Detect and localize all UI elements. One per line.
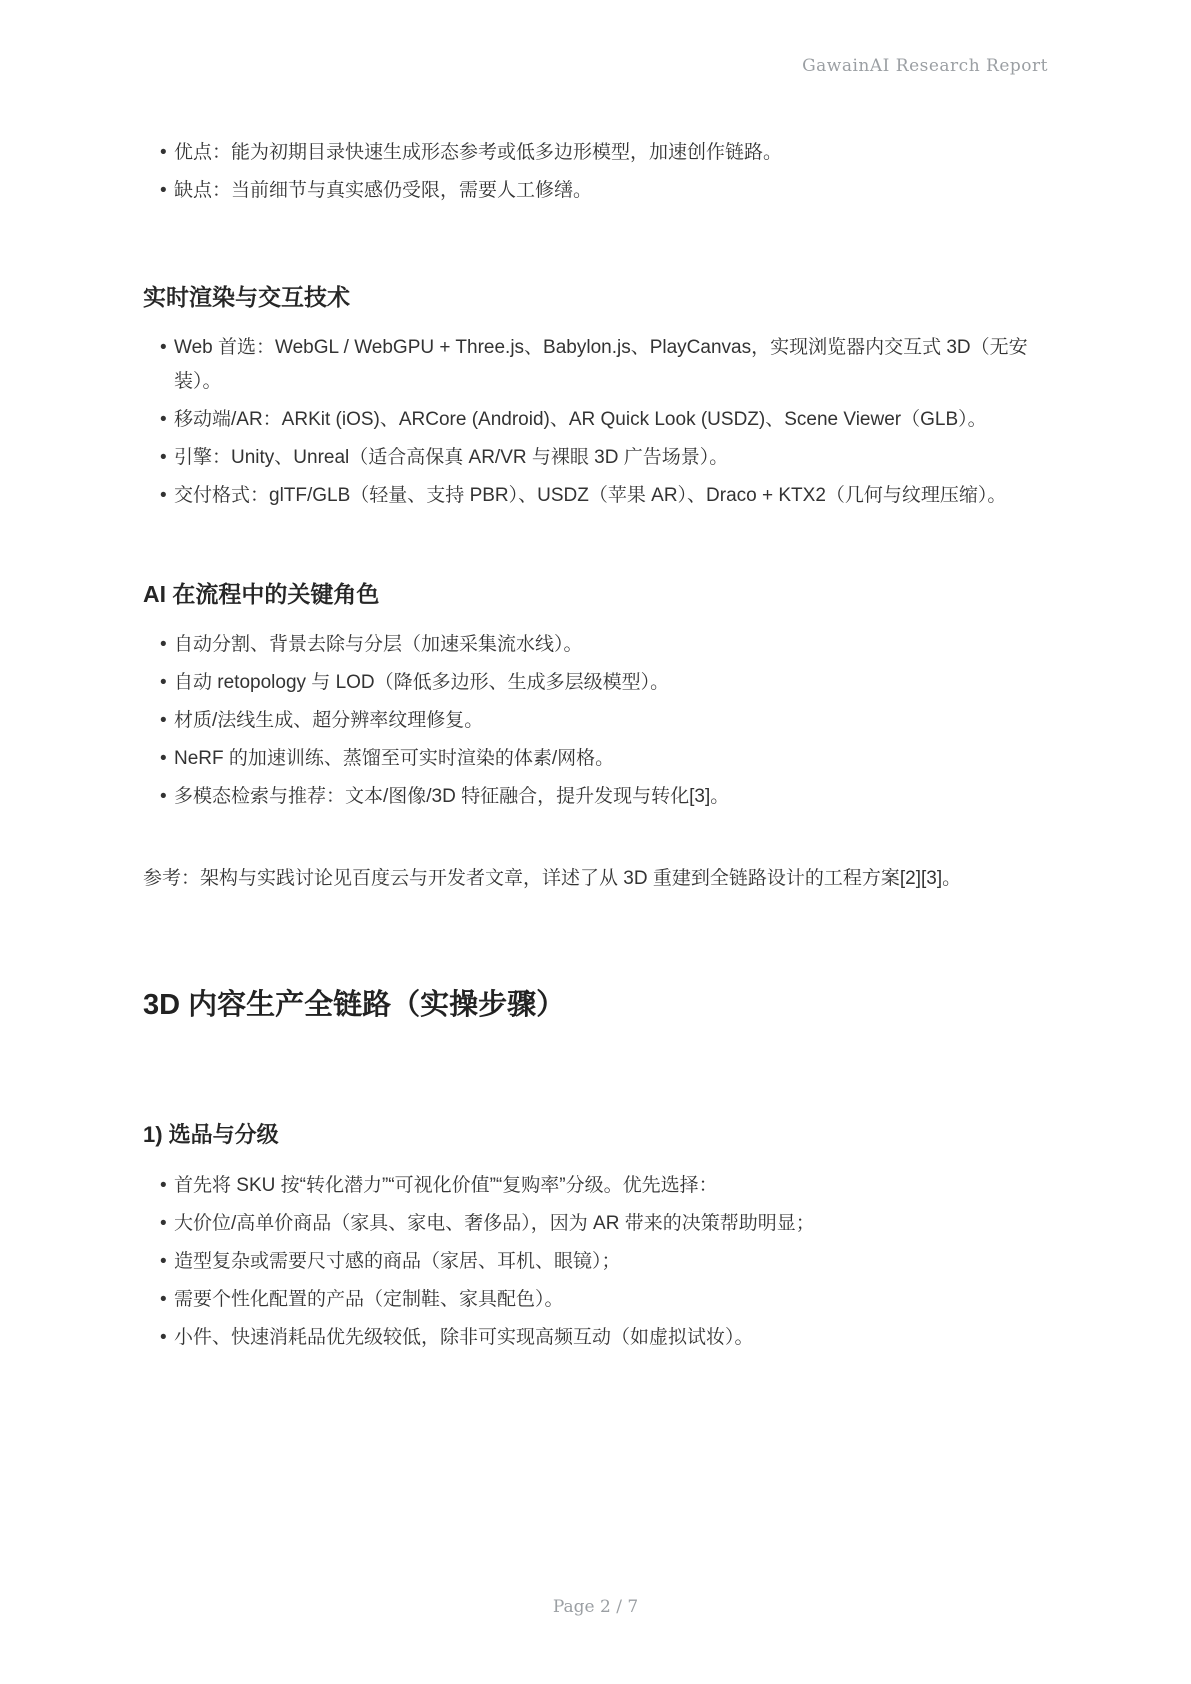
selection-bullet-list: 首先将 SKU 按“转化潜力”“可视化价值”“复购率”分级。优先选择：大价位/高…: [143, 1169, 1048, 1355]
realtime-bullet-list: Web 首选：WebGL / WebGPU + Three.js、Babylon…: [143, 331, 1048, 513]
page-number: Page 2 / 7: [0, 1597, 1191, 1617]
section-title-realtime-rendering: 实时渲染与交互技术: [143, 282, 1048, 312]
list-item: 材质/法线生成、超分辨率纹理修复。: [160, 704, 1048, 738]
document-page: GawainAI Research Report 优点：能为初期目录快速生成形态…: [0, 0, 1191, 1684]
list-item: 缺点：当前细节与真实感仍受限，需要人工修缮。: [160, 174, 1048, 208]
list-item: 交付格式：glTF/GLB（轻量、支持 PBR）、USDZ（苹果 AR）、Dra…: [160, 479, 1048, 513]
list-item: 大价位/高单价商品（家具、家电、奢侈品），因为 AR 带来的决策帮助明显；: [160, 1207, 1048, 1241]
section-title-sku-selection: 1) 选品与分级: [143, 1120, 1048, 1149]
chapter-title-3d-pipeline: 3D 内容生产全链路（实操步骤）: [143, 986, 1048, 1024]
list-item: 自动 retopology 与 LOD（降低多边形、生成多层级模型）。: [160, 666, 1048, 700]
list-item: NeRF 的加速训练、蒸馏至可实时渲染的体素/网格。: [160, 742, 1048, 776]
ai-bullet-list: 自动分割、背景去除与分层（加速采集流水线）。自动 retopology 与 LO…: [143, 628, 1048, 814]
lead-bullet-list: 优点：能为初期目录快速生成形态参考或低多边形模型，加速创作链路。缺点：当前细节与…: [143, 136, 1048, 208]
list-item: 自动分割、背景去除与分层（加速采集流水线）。: [160, 628, 1048, 662]
list-item: 首先将 SKU 按“转化潜力”“可视化价值”“复购率”分级。优先选择：: [160, 1169, 1048, 1203]
page-content: 优点：能为初期目录快速生成形态参考或低多边形模型，加速创作链路。缺点：当前细节与…: [143, 0, 1048, 1359]
list-item: 多模态检索与推荐：文本/图像/3D 特征融合，提升发现与转化[3]。: [160, 780, 1048, 814]
list-item: 造型复杂或需要尺寸感的商品（家居、耳机、眼镜）；: [160, 1245, 1048, 1279]
list-item: 引擎：Unity、Unreal（适合高保真 AR/VR 与裸眼 3D 广告场景）…: [160, 441, 1048, 475]
list-item: 小件、快速消耗品优先级较低，除非可实现高频互动（如虚拟试妆）。: [160, 1321, 1048, 1355]
section-title-ai-roles: AI 在流程中的关键角色: [143, 579, 1048, 609]
list-item: 需要个性化配置的产品（定制鞋、家具配色）。: [160, 1283, 1048, 1317]
list-item: Web 首选：WebGL / WebGPU + Three.js、Babylon…: [160, 331, 1048, 399]
list-item: 优点：能为初期目录快速生成形态参考或低多边形模型，加速创作链路。: [160, 136, 1048, 170]
list-item: 移动端/AR：ARKit (iOS)、ARCore (Android)、AR Q…: [160, 403, 1048, 437]
reference-note: 参考：架构与实践讨论见百度云与开发者文章，详述了从 3D 重建到全链路设计的工程…: [143, 862, 1048, 896]
